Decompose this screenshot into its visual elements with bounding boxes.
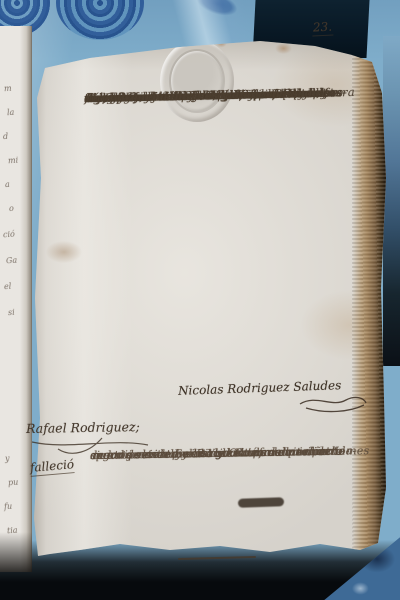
text-fragment: a xyxy=(5,180,10,189)
text-fragment: y xyxy=(5,454,10,463)
cloth-right-sliver xyxy=(383,36,400,366)
cloth-spiral-motif xyxy=(56,0,144,40)
text-fragment: pu xyxy=(8,478,19,488)
text-fragment: fu xyxy=(4,502,13,512)
page-shadow-fade xyxy=(0,532,32,572)
text-fragment: m xyxy=(4,84,12,94)
text-fragment: ció xyxy=(3,230,15,240)
text-fragment: la xyxy=(7,108,15,117)
embossed-seal xyxy=(160,40,234,122)
text-fragment: o xyxy=(9,204,14,213)
manuscript-page xyxy=(20,38,386,560)
text-fragment: el xyxy=(4,282,12,291)
text-fragment: mi xyxy=(8,156,19,166)
facing-page-edge: m la d mi a o ció Ga el si y pu fu tia xyxy=(0,26,32,572)
text-fragment: Ga xyxy=(6,256,18,266)
book-fore-edge xyxy=(352,50,386,550)
text-fragment: si xyxy=(8,308,15,317)
manuscript-photo: m la d mi a o ció Ga el si y pu fu tia 2… xyxy=(0,0,400,600)
text-fragment: d xyxy=(3,132,9,141)
